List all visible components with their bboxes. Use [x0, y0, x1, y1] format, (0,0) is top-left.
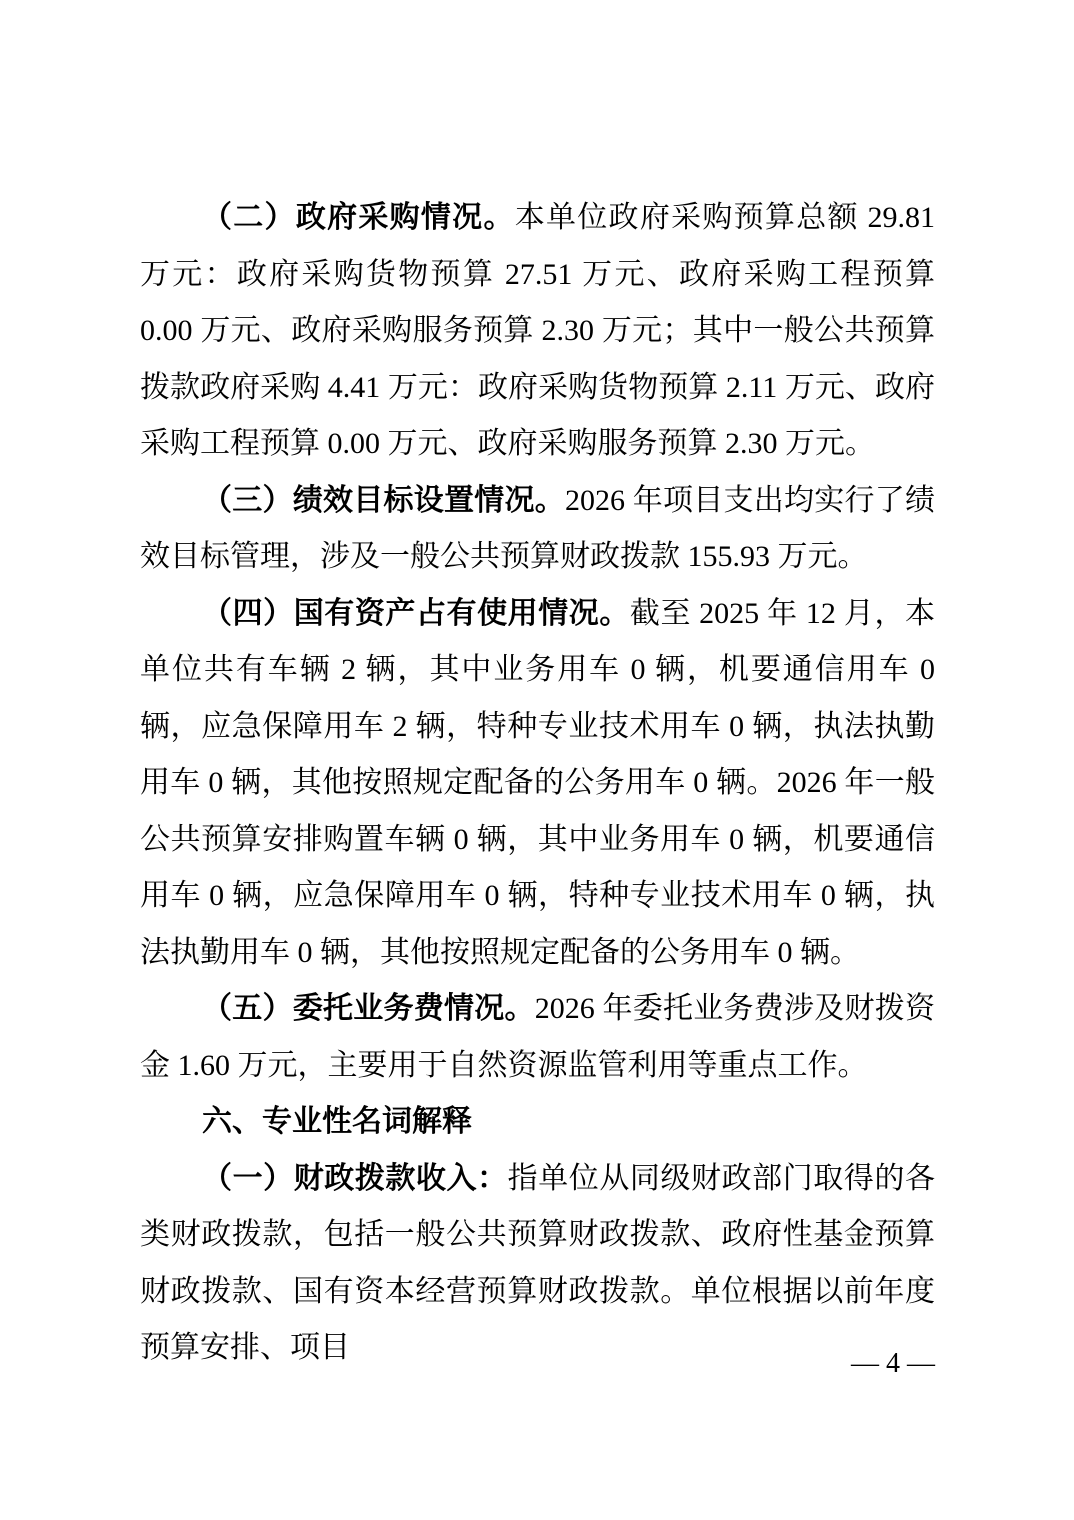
- paragraph-lead: （二）政府采购情况。: [202, 201, 515, 234]
- paragraph-entrusted-business-fees: （五）委托业务费情况。2026 年委托业务费涉及财拨资金 1.60 万元，主要用…: [140, 981, 935, 1094]
- paragraph-text: 本单位政府采购预算总额 29.81 万元：政府采购货物预算 27.51 万元、政…: [140, 201, 935, 460]
- paragraph-lead: （四）国有资产占有使用情况。: [202, 597, 630, 630]
- document-page: （二）政府采购情况。本单位政府采购预算总额 29.81 万元：政府采购货物预算 …: [0, 0, 1074, 1520]
- paragraph-lead: （五）委托业务费情况。: [202, 992, 535, 1025]
- section-heading-terminology: 六、专业性名词解释: [140, 1094, 935, 1151]
- document-body: （二）政府采购情况。本单位政府采购预算总额 29.81 万元：政府采购货物预算 …: [140, 190, 935, 1377]
- paragraph-performance-targets: （三）绩效目标设置情况。2026 年项目支出均实行了绩效目标管理，涉及一般公共预…: [140, 473, 935, 586]
- paragraph-fiscal-appropriation-income: （一）财政拨款收入：指单位从同级财政部门取得的各类财政拨款，包括一般公共预算财政…: [140, 1151, 935, 1377]
- paragraph-state-assets: （四）国有资产占有使用情况。截至 2025 年 12 月，本单位共有车辆 2 辆…: [140, 586, 935, 982]
- paragraph-text: 截至 2025 年 12 月，本单位共有车辆 2 辆，其中业务用车 0 辆，机要…: [140, 597, 935, 969]
- paragraph-lead: （一）财政拨款收入：: [202, 1162, 508, 1195]
- paragraph-lead: （三）绩效目标设置情况。: [202, 484, 565, 517]
- page-footer: — 4 —: [140, 1347, 935, 1381]
- paragraph-government-procurement: （二）政府采购情况。本单位政府采购预算总额 29.81 万元：政府采购货物预算 …: [140, 190, 935, 473]
- page-number: — 4 —: [851, 1348, 935, 1379]
